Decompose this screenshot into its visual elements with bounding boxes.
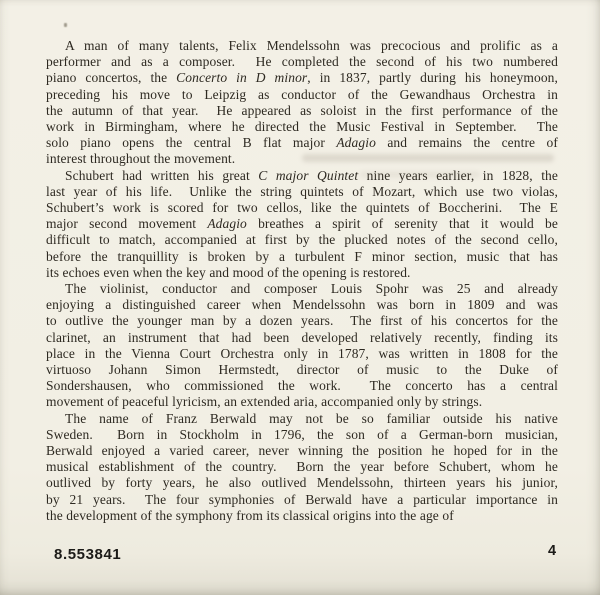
text-line: clarinet, an instrument that had been de… xyxy=(46,330,558,346)
text-line: A man of many talents, Felix Mendelssohn… xyxy=(46,38,558,54)
paragraph: Schubert had written his great C major Q… xyxy=(46,168,558,281)
text-line: Berwald enjoyed a varied career, never w… xyxy=(46,443,558,459)
text-line: performer and as a composer. He complete… xyxy=(46,54,558,70)
text-line: movement of peaceful lyricism, an extend… xyxy=(46,394,558,410)
text-line: its echoes even when the key and mood of… xyxy=(46,265,558,281)
text-line: major second movement Adagio breathes a … xyxy=(46,216,558,232)
text-line: piano concertos, the Concerto in D minor… xyxy=(46,70,558,86)
text-line: The violinist, conductor and composer Lo… xyxy=(46,281,558,297)
paragraph: A man of many talents, Felix Mendelssohn… xyxy=(46,38,558,168)
text-line: interest throughout the movement. xyxy=(46,151,558,167)
page-number: 4 xyxy=(548,543,556,559)
text-line: enjoying a distinguished career when Men… xyxy=(46,297,558,313)
text-line: Schubert had written his great C major Q… xyxy=(46,168,558,184)
text-line: solo piano opens the central B flat majo… xyxy=(46,135,558,151)
text-line: virtuoso Johann Simon Hermstedt, directo… xyxy=(46,362,558,378)
text-line: to outlive the younger man by a dozen ye… xyxy=(46,313,558,329)
text-line: Schubert’s work is scored for two cellos… xyxy=(46,200,558,216)
paragraph: The violinist, conductor and composer Lo… xyxy=(46,281,558,411)
text-line: last year of his life. Unlike the string… xyxy=(46,184,558,200)
booklet-page: A man of many talents, Felix Mendelssohn… xyxy=(0,0,600,595)
text-line: work in Birmingham, where he directed th… xyxy=(46,119,558,135)
text-line: the autumn of that year. He appeared as … xyxy=(46,103,558,119)
paragraph: The name of Franz Berwald may not be so … xyxy=(46,411,558,524)
scan-speck-artifact xyxy=(64,23,67,27)
catalog-number: 8.553841 xyxy=(54,546,121,563)
text-line: the development of the symphony from its… xyxy=(46,508,558,524)
text-line: Sondershausen, who commissioned the work… xyxy=(46,378,558,394)
liner-notes-text: A man of many talents, Felix Mendelssohn… xyxy=(46,38,558,524)
text-line: outlived by forty years, he also outlive… xyxy=(46,475,558,491)
text-line: preceding his move to Leipzig as conduct… xyxy=(46,87,558,103)
text-line: difficult to match, accompanied at first… xyxy=(46,232,558,248)
text-line: place in the Vienna Court Orchestra only… xyxy=(46,346,558,362)
text-line: The name of Franz Berwald may not be so … xyxy=(46,411,558,427)
text-line: by 21 years. The four symphonies of Berw… xyxy=(46,492,558,508)
text-line: before the tranquillity is broken by a t… xyxy=(46,249,558,265)
text-line: musical establishment of the country. Bo… xyxy=(46,459,558,475)
text-line: Sweden. Born in Stockholm in 1796, the s… xyxy=(46,427,558,443)
